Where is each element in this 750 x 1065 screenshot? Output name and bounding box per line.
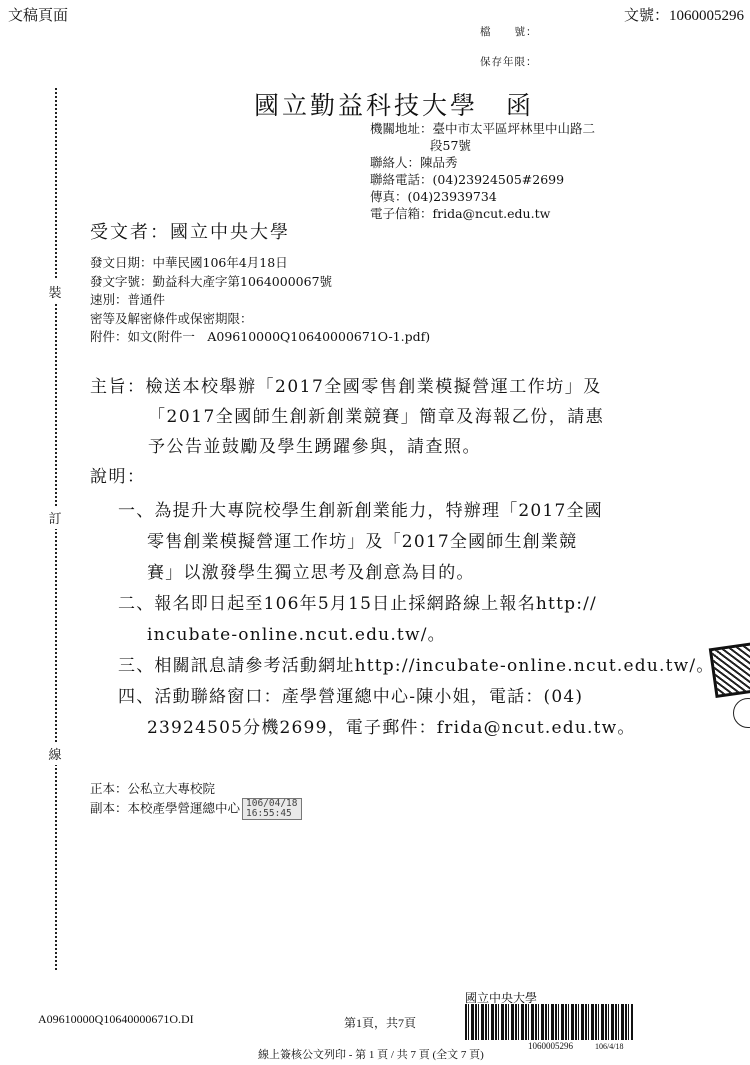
speed-class: 速別：普通件 [90, 291, 430, 310]
address-line1: 機關地址：臺中市太平區坪林里中山路二 [370, 120, 595, 137]
item-line: 二、報名即日起至106年5月15日止採網路線上報名http:// [118, 589, 715, 620]
doc-meta: 發文日期：中華民國106年4月18日 發文字號：勤益科大產字第106400006… [90, 254, 430, 347]
letterhead-title: 國立勤益科技大學 函 [254, 86, 534, 122]
item-line: 賽」以激發學生獨立思考及創意為目的。 [118, 558, 715, 589]
binding-mark-zhuang: 裝 [47, 280, 63, 303]
contact-phone: 聯絡電話：(04)23924505#2699 [370, 171, 595, 188]
item-line: 一、為提升大專院校學生創新創業能力，特辦理「2017全國 [118, 496, 715, 527]
footer-page-info: 第1頁，共7頁 [344, 1014, 416, 1031]
subject-line: 「2017全國師生創新創業競賽」簡章及海報乙份，請惠 [90, 402, 604, 432]
explanation-label: 說明： [90, 462, 146, 487]
duplicate-label: 副本：本校產學營運總中心 [90, 801, 240, 816]
timestamp-stamp: 106/04/1816:55:45 [242, 798, 301, 820]
issue-number: 發文字號：勤益科大產字第1064000067號 [90, 273, 430, 292]
item-1: 一、為提升大專院校學生創新創業能力，特辦理「2017全國 零售創業模擬營運工作坊… [118, 496, 715, 589]
subject-line: 主旨：檢送本校舉辦「2017全國零售創業模擬營運工作坊」及 [90, 372, 604, 402]
file-number-label: 檔 號： [480, 24, 538, 39]
receiver: 受文者：國立中央大學 [90, 218, 290, 244]
sender-info: 機關地址：臺中市太平區坪林里中山路二 段57號 聯絡人：陳品秀 聯絡電話：(04… [370, 120, 595, 222]
issue-date: 發文日期：中華民國106年4月18日 [90, 254, 430, 273]
seal-circle-mark [733, 698, 750, 728]
contact-fax: 傳真：(04)23939734 [370, 188, 595, 205]
contact-email: 電子信箱：frida@ncut.edu.tw [370, 205, 595, 222]
subject-line: 予公告並鼓勵及學生踴躍參與，請查照。 [90, 432, 604, 462]
page-type-label: 文稿頁面 [8, 4, 68, 25]
barcode-number: 1060005296 [528, 1041, 573, 1051]
item-3: 三、相關訊息請參考活動網址http://incubate-online.ncut… [118, 651, 715, 682]
binding-dotted-line [55, 88, 57, 970]
binding-mark-xian: 線 [47, 742, 63, 765]
attachment: 附件：如文(附件一 A09610000Q10640000671O-1.pdf) [90, 328, 430, 347]
official-seal-stamp [709, 642, 750, 698]
doc-number: 文號：1060005296 [624, 4, 744, 25]
barcode-date: 106/4/18 [595, 1042, 623, 1051]
contact-person: 聯絡人：陳品秀 [370, 154, 595, 171]
item-2: 二、報名即日起至106年5月15日止採網路線上報名http:// incubat… [118, 589, 715, 651]
binding-mark-ding: 訂 [47, 506, 63, 529]
footer-print-info: 線上簽核公文列印 - 第 1 頁 / 共 7 頁 (全文 7 頁) [258, 1046, 484, 1062]
item-line: 三、相關訊息請參考活動網址http://incubate-online.ncut… [118, 651, 715, 682]
copies: 正本：公私立大專校院 副本：本校產學營運總中心106/04/1816:55:45 [90, 780, 302, 820]
item-line: 零售創業模擬營運工作坊」及「2017全國師生創業競 [118, 527, 715, 558]
explanation-items: 一、為提升大專院校學生創新創業能力，特辦理「2017全國 零售創業模擬營運工作坊… [118, 496, 715, 744]
duplicate-recipients: 副本：本校產學營運總中心106/04/1816:55:45 [90, 798, 302, 820]
item-line: 23924505分機2699，電子郵件：frida@ncut.edu.tw。 [118, 713, 715, 744]
original-recipients: 正本：公私立大專校院 [90, 780, 302, 798]
barcode [465, 1004, 633, 1040]
item-line: 四、活動聯絡窗口：產學營運總中心-陳小姐，電話：(04) [118, 682, 715, 713]
subject: 主旨：檢送本校舉辦「2017全國零售創業模擬營運工作坊」及 「2017全國師生創… [90, 372, 604, 462]
classification: 密等及解密條件或保密期限： [90, 310, 430, 329]
item-4: 四、活動聯絡窗口：產學營運總中心-陳小姐，電話：(04) 23924505分機2… [118, 682, 715, 744]
footer-doc-code: A09610000Q10640000671O.DI [38, 1012, 194, 1027]
retention-label: 保存年限： [480, 54, 538, 69]
item-line: incubate-online.ncut.edu.tw/。 [118, 620, 715, 651]
stamp-time: 16:55:45 [246, 808, 292, 819]
address-line2: 段57號 [370, 137, 595, 154]
